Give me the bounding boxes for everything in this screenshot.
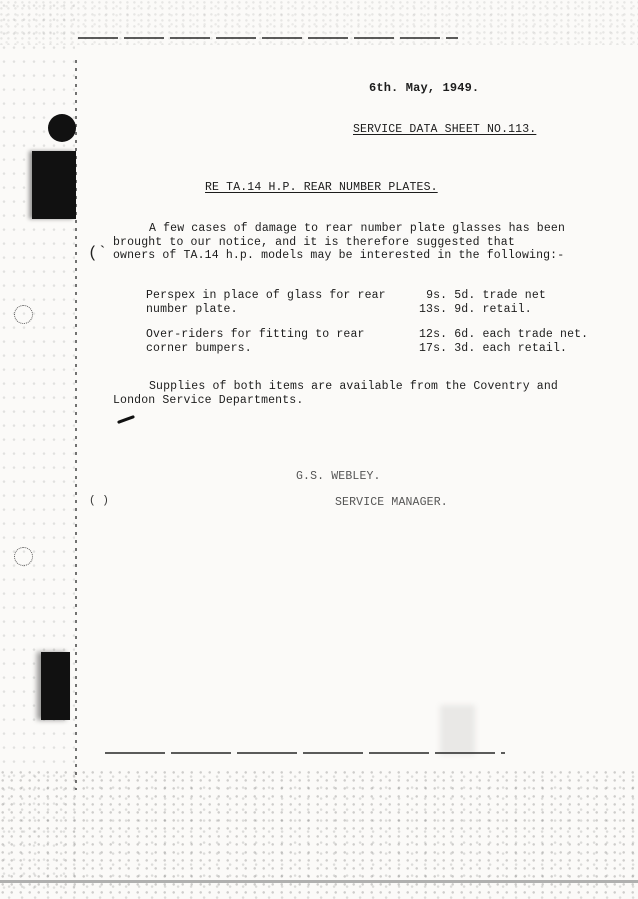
subject-heading: RE TA.14 H.P. REAR NUMBER PLATES. [205, 180, 438, 196]
punch-ring-icon [14, 305, 33, 324]
item-description: Over-riders for fitting to rear corner b… [146, 328, 365, 356]
bracket-mark-icon: (` [88, 244, 107, 262]
page-edge-line-footer [0, 880, 638, 883]
intro-line: brought to our notice, and it is therefo… [113, 236, 515, 249]
scan-black-block [41, 652, 70, 720]
signatory-title: SERVICE MANAGER. [335, 495, 448, 511]
document-date: 6th. May, 1949. [369, 80, 479, 96]
sheet-number-heading: SERVICE DATA SHEET NO.113. [353, 122, 536, 138]
intro-line: A few cases of damage to rear number pla… [149, 222, 565, 235]
scan-black-block [32, 151, 76, 219]
item-prices: 9s. 5d. trade net 13s. 9d. retail. [419, 289, 546, 317]
pen-stroke-mark [117, 415, 135, 424]
page-edge-line-top [78, 37, 458, 39]
punch-ring-icon [14, 547, 33, 566]
item-prices: 12s. 6d. each trade net. 17s. 3d. each r… [419, 328, 588, 356]
bracket-mark-icon: ( ) [89, 495, 109, 507]
closing-paragraph: Supplies of both items are available fro… [113, 380, 558, 408]
intro-paragraph: A few cases of damage to rear number pla… [113, 222, 565, 263]
item-description: Perspex in place of glass for rear numbe… [146, 289, 386, 317]
closing-line: Supplies of both items are available fro… [149, 380, 558, 393]
intro-line: owners of TA.14 h.p. models may be inter… [113, 249, 564, 262]
punch-hole-icon [48, 114, 76, 142]
signatory-name: G.S. WEBLEY. [296, 469, 381, 485]
scan-smudge [440, 705, 475, 755]
closing-line: London Service Departments. [113, 394, 303, 407]
